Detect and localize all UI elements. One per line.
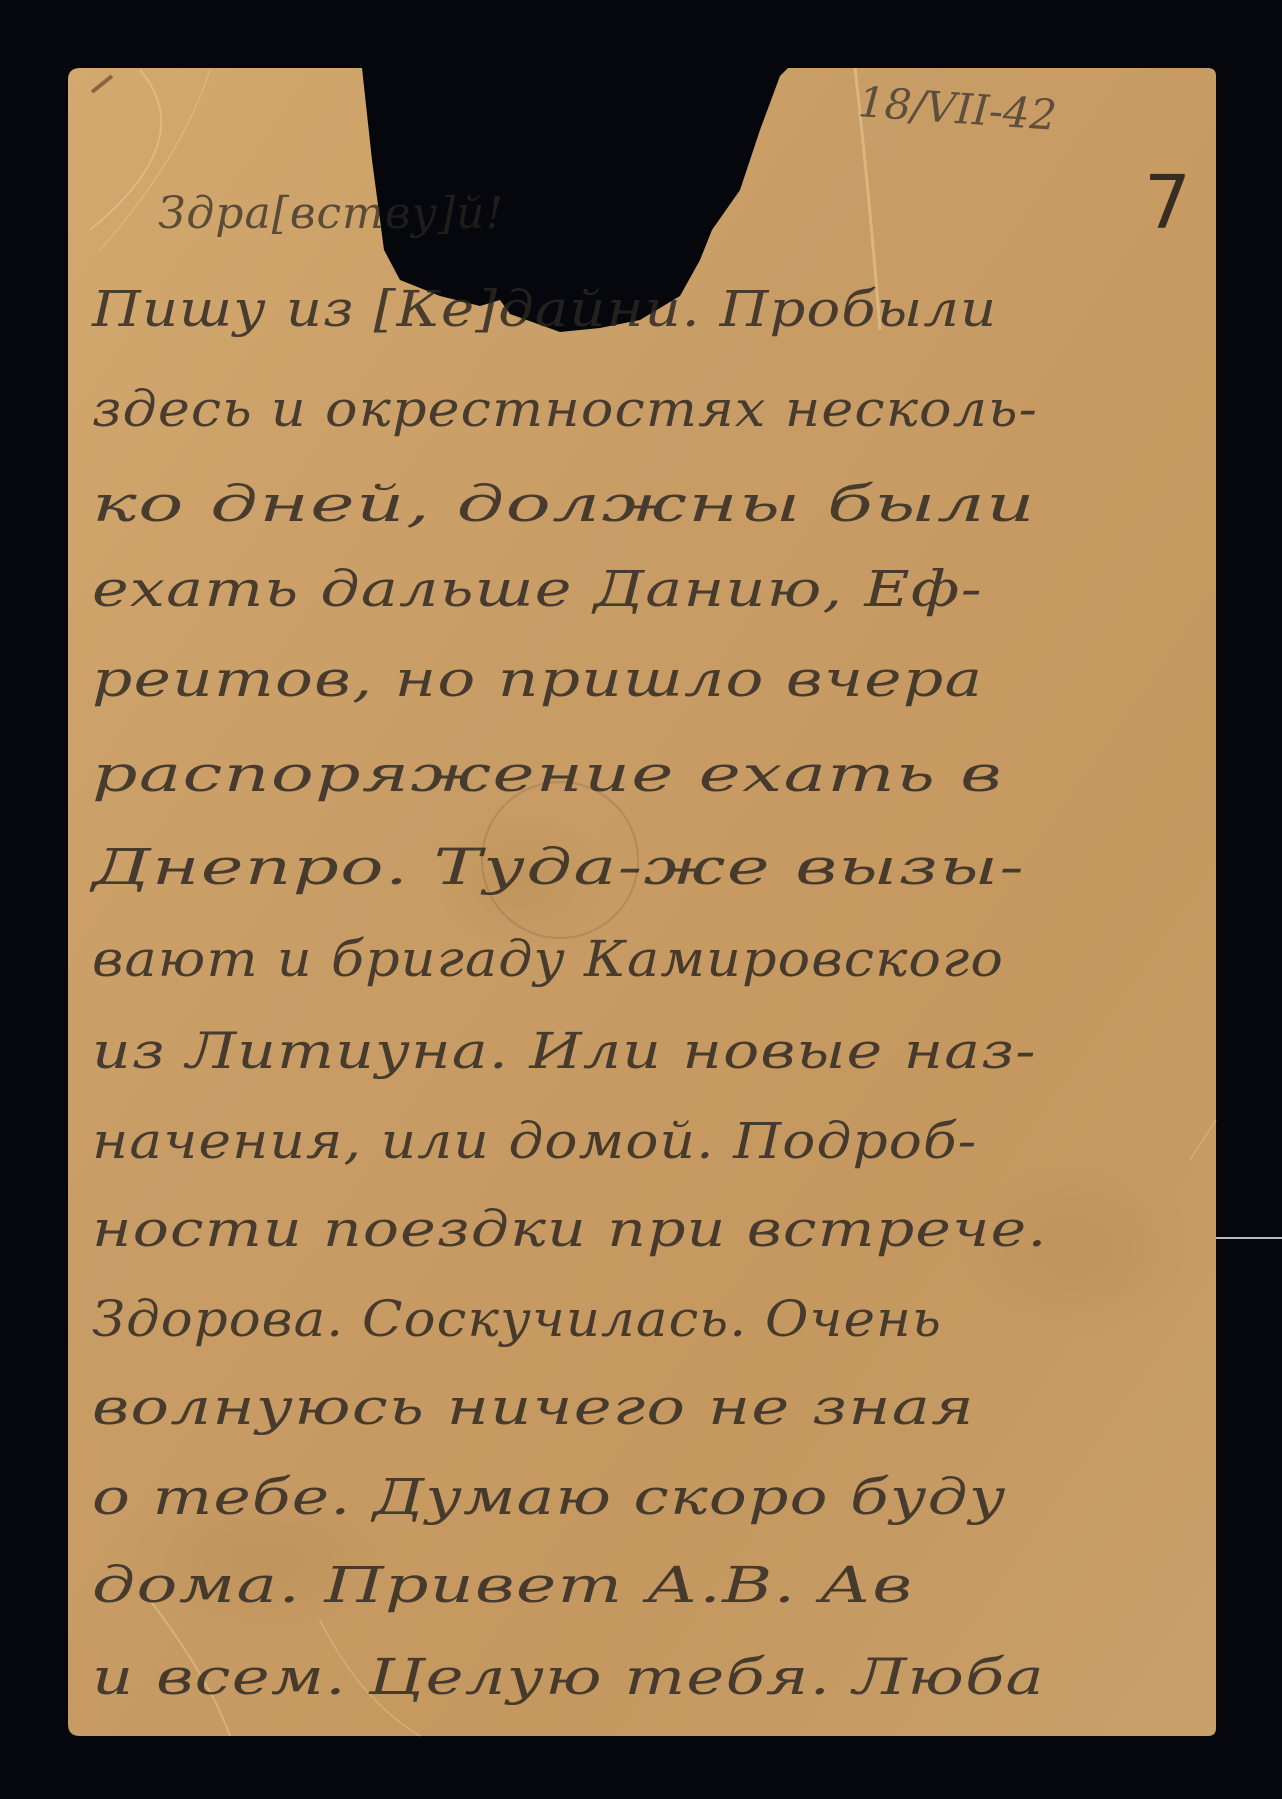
letter-line: ности поездки при встрече. xyxy=(92,1200,1048,1258)
page-number: 7 xyxy=(1144,160,1191,246)
letter-line: Здра[вству]й! xyxy=(158,188,504,239)
letter-line: дома. Привет А.В. Ав xyxy=(92,1556,913,1614)
letter-line: реитов, но пришло вчера xyxy=(92,650,983,708)
letter-line: распоряжение ехать в xyxy=(92,745,1003,803)
letter-line: начения, или домой. Подроб- xyxy=(92,1112,977,1170)
letter-line: ко дней, должны были xyxy=(92,475,1036,533)
letter-line: и всем. Целую тебя. Люба xyxy=(92,1648,1045,1706)
scan-background: 18/VII-42 7 Здра[вству]й! Пишу из [Ке]да… xyxy=(0,0,1282,1799)
scanner-artifact-line xyxy=(1216,1237,1282,1239)
letter-line: здесь и окрестностях несколь- xyxy=(92,380,1038,438)
letter-line: вают и бригаду Камировского xyxy=(92,930,1004,988)
letter-line: ехать дальше Данию, Еф- xyxy=(92,560,983,618)
letter-line: Пишу из [Ке]дайни. Пробыли xyxy=(92,280,997,338)
letter-line: волнуюсь ничего не зная xyxy=(92,1378,975,1436)
postcard-paper xyxy=(0,0,1282,1799)
letter-line: из Литиуна. Или новые наз- xyxy=(92,1022,1037,1080)
letter-line: Днепро. Туда-же вызы- xyxy=(92,838,1025,896)
letter-line: о тебе. Думаю скоро буду xyxy=(92,1468,1007,1526)
letter-line: Здорова. Соскучилась. Очень xyxy=(92,1290,942,1348)
